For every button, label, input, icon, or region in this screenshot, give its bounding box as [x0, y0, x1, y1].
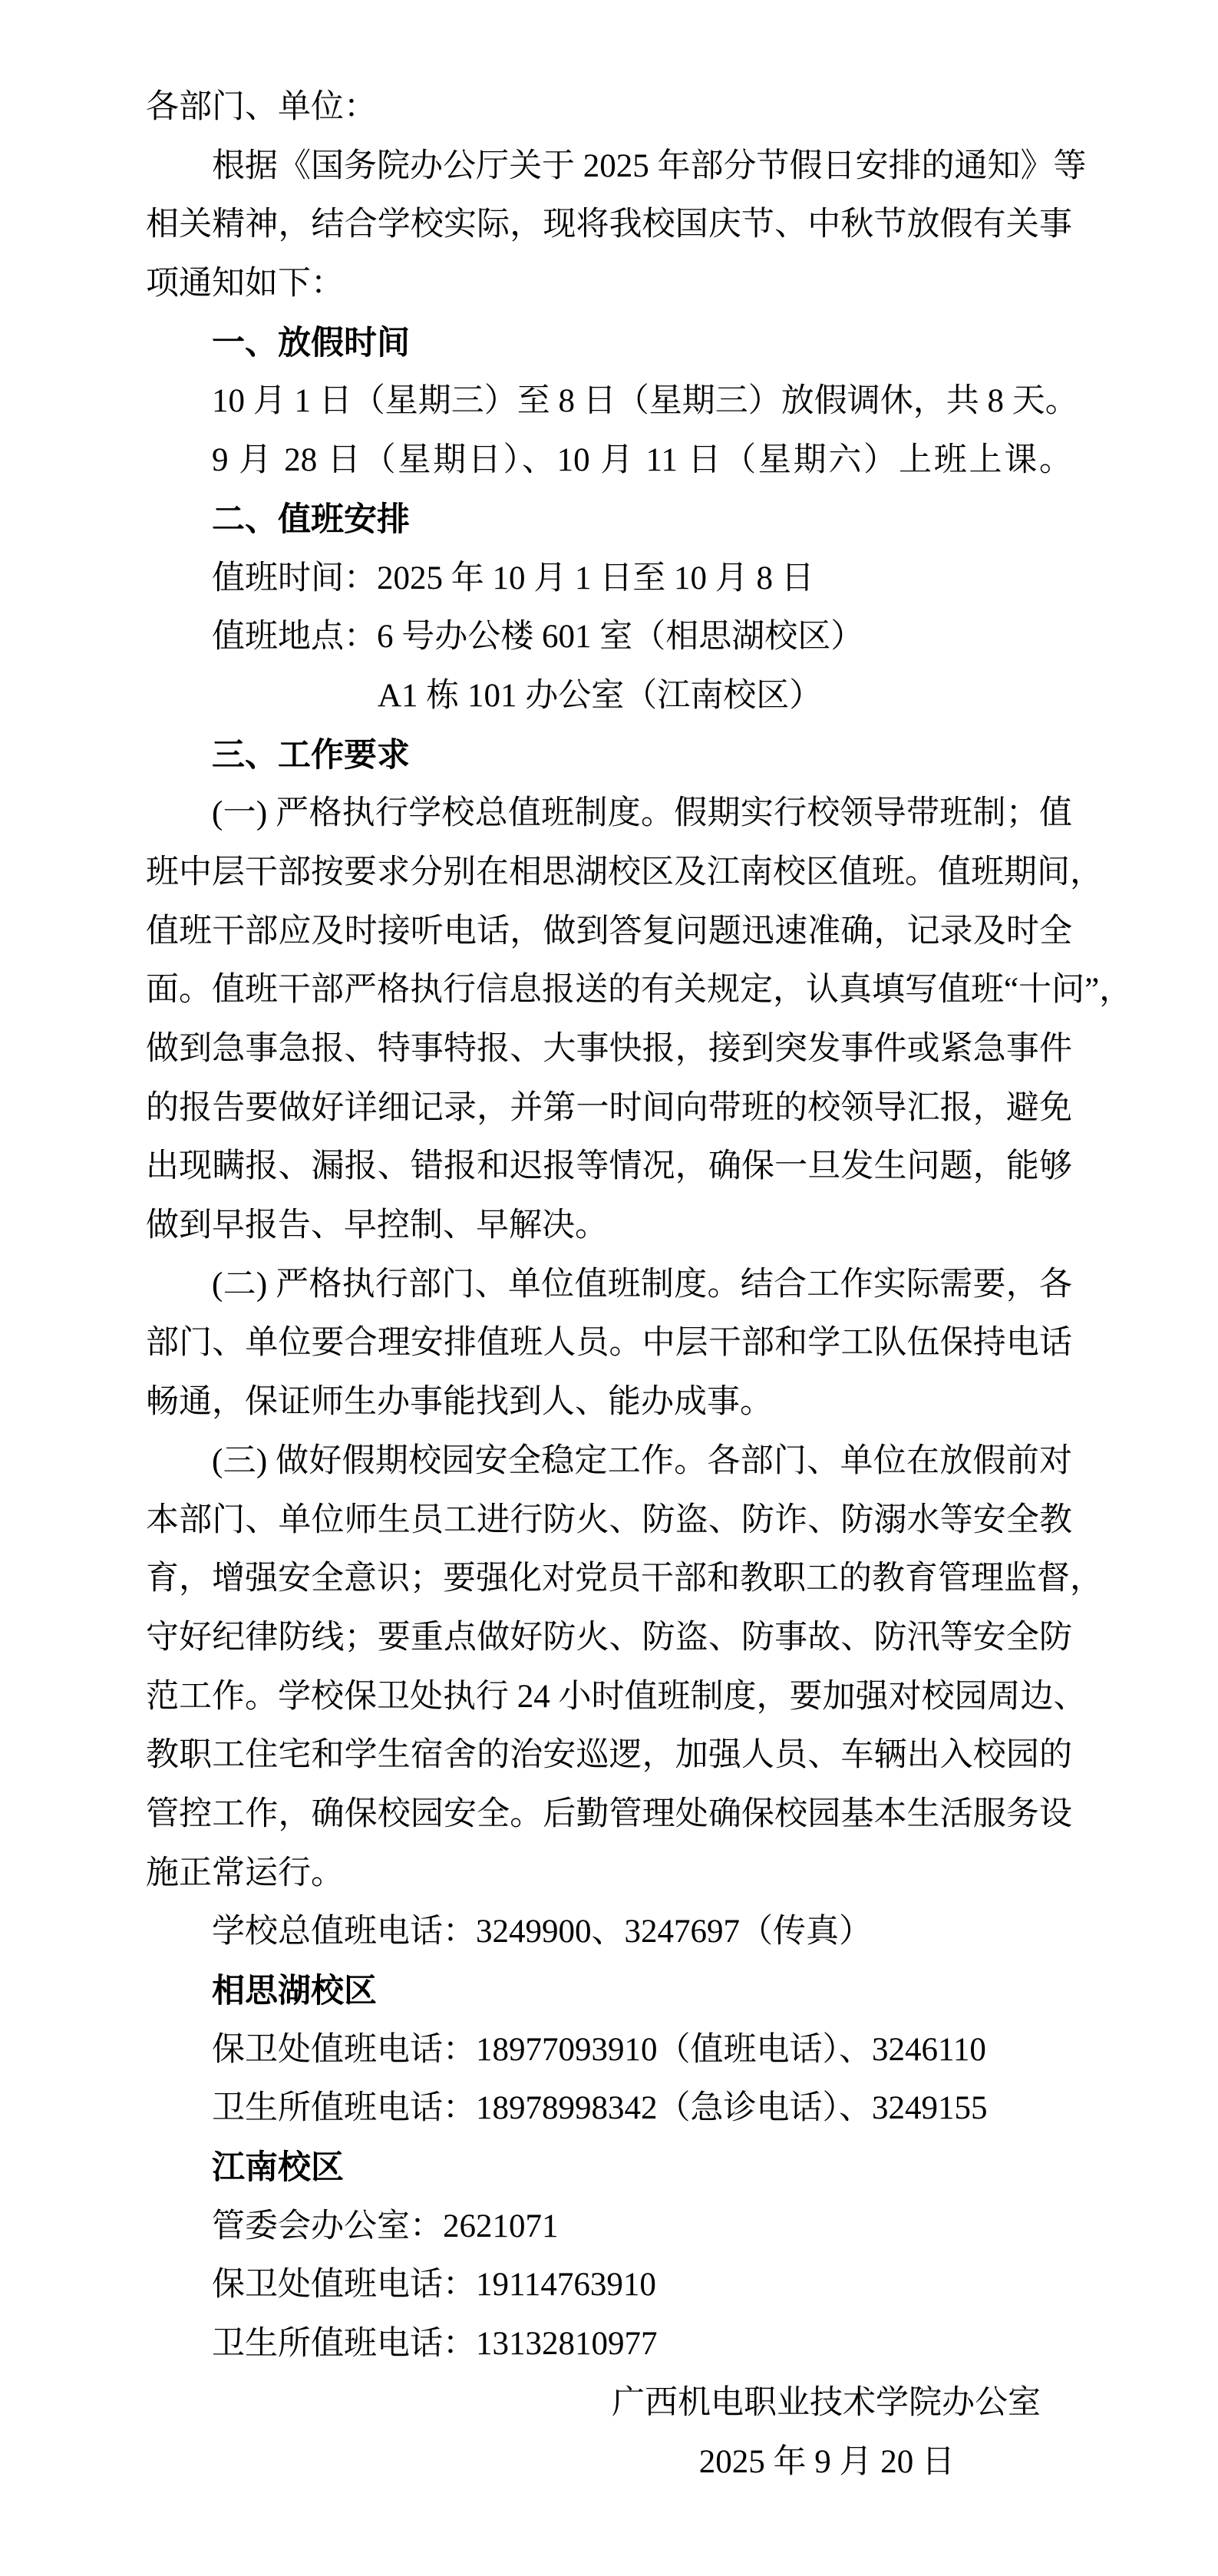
section-2-heading: 二、值班安排 [146, 490, 1072, 550]
intro-line: 相关精神，结合学校实际，现将我校国庆节、中秋节放假有关事 [146, 196, 1072, 255]
requirement-3-line: 管控工作，确保校园安全。后勤管理处确保校园基本生活服务设 [146, 1785, 1072, 1844]
section-1-heading: 一、放假时间 [146, 314, 1072, 373]
intro-line: 根据《国务院办公厅关于 2025 年部分节假日安排的通知》等 [146, 137, 1072, 197]
requirement-3-line: (三) 做好假期校园安全稳定工作。各部门、单位在放假前对 [146, 1432, 1072, 1491]
holiday-dates-line: 10 月 1 日（星期三）至 8 日（星期三）放假调休，共 8 天。 [146, 372, 1072, 431]
requirement-1-line: 做到早报告、早控制、早解决。 [146, 1197, 1072, 1256]
duty-time-line: 值班时间：2025 年 10 月 1 日至 10 月 8 日 [146, 550, 1072, 609]
requirement-2-line: 部门、单位要合理安排值班人员。中层干部和学工队伍保持电话 [146, 1314, 1072, 1373]
requirement-3-line: 本部门、单位师生员工进行防火、防盗、防诈、防溺水等安全教 [146, 1491, 1072, 1551]
security-phone-line: 保卫处值班电话：19114763910 [146, 2256, 1072, 2315]
signature-block: 广西机电职业技术学院办公室 2025 年 9 月 20 日 [146, 2374, 1072, 2492]
requirement-2-line: (二) 严格执行部门、单位值班制度。结合工作实际需要，各 [146, 1256, 1072, 1315]
notice-document: 各部门、单位： 根据《国务院办公厅关于 2025 年部分节假日安排的通知》等 相… [0, 0, 1218, 2576]
requirement-1-line: 值班干部应及时接听电话，做到答复问题迅速准确，记录及时全 [146, 903, 1072, 962]
section-3-heading: 三、工作要求 [146, 726, 1072, 785]
requirement-1-line: 班中层干部按要求分别在相思湖校区及江南校区值班。值班期间， [146, 844, 1072, 903]
campus-heading-xiangsihu: 相思湖校区 [146, 1962, 1072, 2021]
duty-location-line-2: A1 栋 101 办公室（江南校区） [146, 667, 1072, 726]
duty-location-line: 值班地点：6 号办公楼 601 室（相思湖校区） [146, 608, 1072, 667]
clinic-phone-line: 卫生所值班电话：13132810977 [146, 2315, 1072, 2374]
main-duty-phone-line: 学校总值班电话：3249900、3247697（传真） [146, 1903, 1072, 1962]
requirement-1-line: 的报告要做好详细记录，并第一时间向带班的校领导汇报，避免 [146, 1079, 1072, 1138]
requirement-1-line: 面。值班干部严格执行信息报送的有关规定，认真填写值班“十问”， [146, 961, 1072, 1020]
requirement-3-line: 施正常运行。 [146, 1844, 1072, 1904]
requirement-1-line: 出现瞒报、漏报、错报和迟报等情况，确保一旦发生问题，能够 [146, 1138, 1072, 1197]
campus-heading-jiangnan: 江南校区 [146, 2138, 1072, 2198]
signature-org: 广西机电职业技术学院办公室 [146, 2374, 1072, 2433]
committee-office-phone-line: 管委会办公室：2621071 [146, 2198, 1072, 2257]
salutation: 各部门、单位： [146, 78, 1072, 137]
requirement-3-line: 教职工住宅和学生宿舍的治安巡逻，加强人员、车辆出入校园的 [146, 1726, 1072, 1785]
intro-line: 项通知如下： [146, 255, 1072, 314]
clinic-phone-line: 卫生所值班电话：18978998342（急诊电话）、3249155 [146, 2079, 1072, 2138]
requirement-3-line: 范工作。学校保卫处执行 24 小时值班制度，要加强对校园周边、 [146, 1668, 1072, 1727]
workday-dates-line: 9 月 28 日（星期日）、10 月 11 日（星期六）上班上课。 [146, 431, 1072, 490]
requirement-3-line: 守好纪律防线；要重点做好防火、防盗、防事故、防汛等安全防 [146, 1609, 1072, 1668]
requirement-3-line: 育，增强安全意识；要强化对党员干部和教职工的教育管理监督， [146, 1550, 1072, 1609]
security-phone-line: 保卫处值班电话：18977093910（值班电话）、3246110 [146, 2021, 1072, 2080]
signature-date: 2025 年 9 月 20 日 [146, 2433, 1072, 2492]
requirement-2-line: 畅通，保证师生办事能找到人、能办成事。 [146, 1373, 1072, 1432]
requirement-1-line: (一) 严格执行学校总值班制度。假期实行校领导带班制；值 [146, 784, 1072, 844]
requirement-1-line: 做到急事急报、特事特报、大事快报，接到突发事件或紧急事件 [146, 1020, 1072, 1079]
